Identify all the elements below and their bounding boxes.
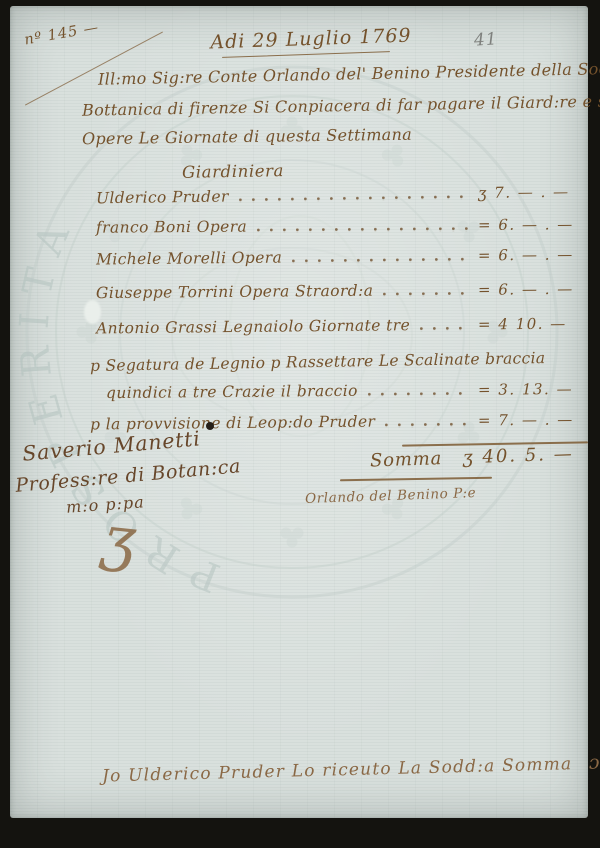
signature-right: Orlando del Benino P:e (305, 485, 477, 507)
letter-line-2: Bottanica di firenze Si Conpiacera di fa… (82, 91, 600, 120)
account-row: Ulderico Pruder ʒ 7. — . — (96, 183, 572, 208)
account-row-label: Antonio Grassi Legnaiolo Giornate tre (96, 316, 410, 337)
account-row: Giuseppe Torrini Opera Straord:a = 6. — … (96, 280, 572, 302)
account-row: Antonio Grassi Legnaiolo Giornate tre = … (96, 315, 572, 338)
total-label: Somma (370, 448, 443, 472)
section-subheading: Giardiniera (182, 161, 284, 182)
receipt-line: Jo Ulderico Pruder Lo riceuto La Sodd:a … (102, 751, 600, 786)
letter-line-1: Ill:mo Sig:re Conte Orlando del' Benino … (98, 58, 600, 88)
account-row-label: p la provvisione di Leop:do Pruder (90, 413, 375, 434)
receipt-text: Jo Ulderico Pruder Lo riceuto La Sodd:a … (102, 754, 573, 786)
dotted-leader (257, 218, 468, 232)
account-row-label-wrapped: p Segatura de Legnio p Rassettare Le Sca… (90, 349, 546, 375)
total-amount: ʒ 40. 5. — (462, 443, 574, 468)
account-row-amount: = 3. 13. — (478, 380, 572, 399)
letter-line-3: Opere Le Giornate di questa Settimana (82, 125, 412, 149)
dotted-leader (292, 249, 468, 264)
date-heading: Adi 29 Luglio 1769 (206, 24, 417, 53)
total-line: Somma ʒ 40. 5. — (370, 443, 574, 471)
pencil-folio-number: 41 (473, 29, 498, 51)
account-row: Michele Morelli Opera = 6. — . — (96, 246, 572, 269)
dotted-leader (420, 318, 468, 332)
account-row-label: Giuseppe Torrini Opera Straord:a (96, 282, 373, 302)
account-row-amount: = 6. — . — (478, 246, 572, 265)
account-row-amount: = 4 10. — (478, 315, 572, 334)
account-row: quindici a tre Crazie il braccio = 3. 13… (106, 380, 572, 402)
manuscript-page: PROSPERITA nº 145 — Adi 29 Luglio 1769 4… (10, 6, 588, 818)
dotted-leader (383, 283, 468, 297)
account-row-label: franco Boni Opera (96, 218, 247, 237)
total-underline (340, 477, 492, 481)
account-row-amount: = 7. — . — (478, 410, 572, 429)
ink-blot (206, 422, 214, 430)
scanned-manuscript-photo: { "header": { "archival_number": "nº 145… (0, 0, 600, 848)
dotted-leader (368, 383, 468, 397)
signature-paraph-flourish: ʒ (98, 502, 139, 575)
receipt-end-flourish: ɔ (589, 751, 600, 773)
account-row-label: Ulderico Pruder (96, 187, 229, 207)
account-row-amount: ʒ 7. — . — (478, 183, 572, 202)
archival-number: nº 145 — (23, 20, 100, 49)
dotted-leader (239, 186, 468, 202)
account-row-amount: = 6. — . — (478, 215, 572, 234)
account-row-label: quindici a tre Crazie il braccio (106, 382, 358, 402)
account-row-label: Michele Morelli Opera (96, 249, 282, 269)
account-row: franco Boni Opera = 6. — . — (96, 215, 572, 236)
dotted-leader (385, 414, 468, 428)
account-row-amount: = 6. — . — (478, 280, 572, 299)
